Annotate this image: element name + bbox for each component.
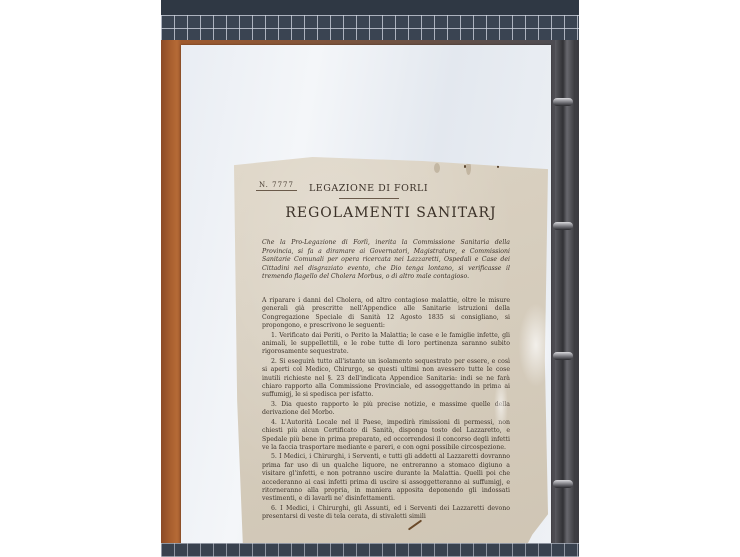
- paragraph: A riparare i danni del Cholera, od altro…: [262, 297, 510, 331]
- document-number: N. 7777: [256, 181, 297, 191]
- binder-ring: [553, 352, 573, 360]
- binder-ring: [553, 480, 573, 488]
- document-intro: Che la Pro-Legazione di Forlì, inerita l…: [262, 239, 510, 282]
- paragraph: 3. Dia questo rapporto le più precise no…: [262, 401, 510, 418]
- paragraph: 5. I Medici, i Chirurghi, i Serventi, e …: [262, 453, 510, 503]
- binder-ring: [553, 222, 573, 230]
- document-header: LEGAZIONE DI FORLI: [309, 183, 428, 194]
- binder-ring: [553, 98, 573, 106]
- paragraph: 2. Si eseguirà tutto all'istante un isol…: [262, 358, 510, 400]
- photograph: N. 7777 LEGAZIONE DI FORLI REGOLAMENTI S…: [161, 0, 579, 557]
- header-rule: [339, 198, 399, 199]
- paragraph: 4. L'Autorità Locale nel il Paese, imped…: [262, 419, 510, 453]
- cutting-mat-grid: [161, 543, 579, 557]
- document-body: A riparare i danni del Cholera, od altro…: [262, 297, 510, 523]
- ink-mark: [497, 165, 499, 168]
- plastic-sleeve: N. 7777 LEGAZIONE DI FORLI REGOLAMENTI S…: [181, 45, 551, 547]
- stain: [466, 161, 471, 175]
- binder-ring-spine: [555, 40, 575, 545]
- stain: [434, 163, 440, 173]
- paragraph: 1. Verificato dai Periti, o Perito la Ma…: [262, 332, 510, 357]
- ink-mark: [464, 165, 466, 168]
- paragraph: 6. I Medici, i Chirurghi, gli Assunti, e…: [262, 505, 510, 522]
- document-title: REGOLAMENTI SANITARJ: [280, 205, 502, 221]
- historical-document: N. 7777 LEGAZIONE DI FORLI REGOLAMENTI S…: [234, 157, 548, 557]
